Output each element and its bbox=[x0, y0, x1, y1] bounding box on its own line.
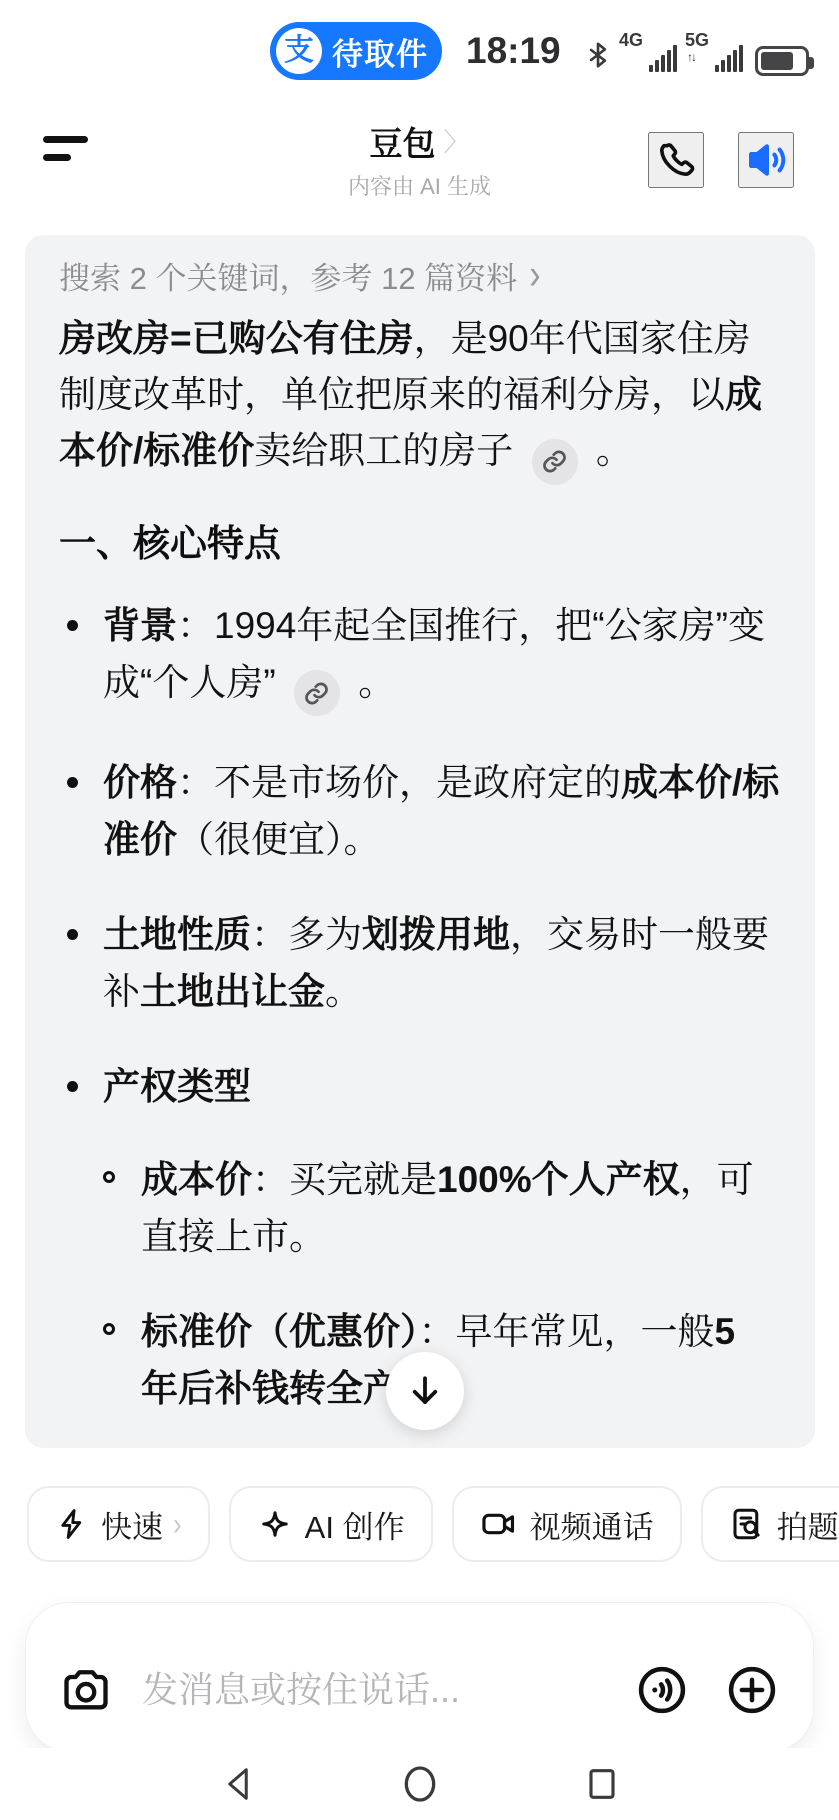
ai-disclaimer: 内容由 AI 生成 bbox=[0, 170, 839, 201]
nav-recents-button[interactable] bbox=[582, 1760, 622, 1808]
message-input-bar bbox=[25, 1602, 814, 1752]
text-segment: 100%个人产权 bbox=[437, 1159, 680, 1200]
text-segment: ：1994年起全国推行，把“公家房”变成“个人房” bbox=[103, 605, 765, 703]
read-aloud-button[interactable] bbox=[738, 132, 794, 188]
text-segment: 划拨用地 bbox=[362, 914, 510, 955]
bluetooth-icon bbox=[583, 34, 613, 76]
list-item: 价格：不是市场价，是政府定的成本价/标准价（很便宜）。 bbox=[59, 754, 781, 868]
text-segment: ：不是市场价，是政府定的 bbox=[177, 762, 621, 803]
list-item: 成本价：买完就是100%个人产权，可直接上市。 bbox=[59, 1151, 781, 1265]
text-segment: 背景 bbox=[103, 605, 177, 646]
text-segment: 。 bbox=[325, 971, 362, 1012]
text-segment: 。 bbox=[596, 430, 633, 471]
chevron-right-icon: 〉 bbox=[443, 122, 469, 159]
list-item: 产权类型 bbox=[59, 1058, 781, 1115]
list-item: 背景：1994年起全国推行，把“公家房”变成“个人房” 。 bbox=[59, 597, 781, 717]
scroll-to-bottom-button[interactable] bbox=[386, 1352, 464, 1430]
bullet-marker bbox=[67, 620, 78, 631]
doc-search-icon bbox=[729, 1506, 765, 1542]
citation-link-icon[interactable] bbox=[532, 439, 578, 485]
status-icons: 4G 5G ↑↓ bbox=[583, 26, 809, 76]
text-segment: （很便宜）。 bbox=[177, 819, 381, 860]
chevron-right-icon: › bbox=[529, 251, 540, 300]
list-item: 土地性质：多为划拨用地，交易时一般要补土地出让金。 bbox=[59, 906, 781, 1020]
text-segment: 土地出让金 bbox=[140, 971, 325, 1012]
nav-home-button[interactable] bbox=[400, 1760, 440, 1808]
camera-button[interactable] bbox=[60, 1664, 112, 1716]
circle-bullet-marker bbox=[103, 1171, 115, 1183]
section-heading: 一、核心特点 bbox=[59, 513, 781, 567]
video-call-label: 视频通话 bbox=[530, 1502, 654, 1547]
signal-4g-icon: 4G bbox=[619, 30, 677, 76]
back-triangle-icon bbox=[220, 1762, 256, 1806]
arrow-down-icon bbox=[406, 1372, 444, 1410]
text-segment: 。 bbox=[358, 662, 395, 703]
message-intro: 房改房=已购公有住房，是90年代国家住房制度改革时，单位把原来的福利分房，以成本… bbox=[59, 311, 781, 485]
text-segment: ：早年常见，一般 bbox=[419, 1311, 715, 1352]
text-segment: 标准价（优惠价） bbox=[141, 1311, 419, 1352]
text-segment: 土地性质 bbox=[103, 914, 251, 955]
photo-solve-label: 拍题答疑 bbox=[777, 1502, 839, 1547]
text-segment: ：多为 bbox=[251, 914, 362, 955]
notification-label: 待取件 bbox=[332, 29, 428, 74]
signal-5g-icon: 5G ↑↓ bbox=[685, 30, 743, 76]
citation-link-icon[interactable] bbox=[294, 670, 340, 716]
bullet-marker bbox=[67, 929, 78, 940]
sparkle-icon bbox=[257, 1506, 293, 1542]
bullet-marker bbox=[67, 777, 78, 788]
message-input[interactable] bbox=[142, 1669, 615, 1711]
chat-title: 豆包 bbox=[369, 118, 435, 165]
speaker-icon bbox=[742, 136, 790, 184]
photo-solve-button[interactable]: 拍题答疑 bbox=[701, 1486, 839, 1562]
text-segment: 房改房=已购公有住房 bbox=[59, 318, 414, 359]
lightning-icon bbox=[55, 1507, 89, 1541]
app-header: 豆包 〉 内容由 AI 生成 bbox=[0, 104, 839, 204]
text-segment: 成本价 bbox=[141, 1159, 252, 1200]
nav-back-button[interactable] bbox=[218, 1760, 258, 1808]
ai-message-card: 搜索 2 个关键词，参考 12 篇资料 › 房改房=已购公有住房，是90年代国家… bbox=[25, 235, 815, 1448]
camera-icon bbox=[60, 1664, 112, 1716]
voice-wave-icon bbox=[635, 1663, 689, 1717]
quick-mode-button[interactable]: 快速 › bbox=[27, 1486, 210, 1562]
voice-wave-button[interactable] bbox=[635, 1663, 689, 1717]
alipay-logo: 支 bbox=[276, 28, 322, 74]
sources-summary[interactable]: 搜索 2 个关键词，参考 12 篇资料 › bbox=[59, 253, 781, 297]
clock: 18:19 bbox=[466, 30, 561, 72]
battery-icon bbox=[755, 46, 809, 76]
ai-create-label: AI 创作 bbox=[305, 1502, 405, 1547]
alipay-notification-pill[interactable]: 支 待取件 bbox=[270, 22, 442, 80]
text-segment: ：买完就是 bbox=[252, 1159, 437, 1200]
chat-title-row[interactable]: 豆包 〉 bbox=[369, 118, 469, 165]
video-call-button[interactable]: 视频通话 bbox=[452, 1486, 682, 1562]
chevron-right-icon: › bbox=[173, 1505, 182, 1542]
quick-mode-label: 快速 bbox=[101, 1502, 163, 1547]
bullet-list: 背景：1994年起全国推行，把“公家房”变成“个人房” 。 价格：不是市场价，是… bbox=[59, 597, 781, 1116]
add-button[interactable] bbox=[725, 1663, 779, 1717]
circle-bullet-marker bbox=[103, 1323, 115, 1335]
plus-icon bbox=[725, 1663, 779, 1717]
status-bar: 支 待取件 18:19 4G 5G ↑↓ bbox=[0, 16, 839, 86]
system-navbar bbox=[0, 1748, 839, 1820]
bullet-marker bbox=[67, 1081, 78, 1092]
voice-call-button[interactable] bbox=[648, 132, 704, 188]
ai-create-button[interactable]: AI 创作 bbox=[229, 1486, 433, 1562]
sources-text: 搜索 2 个关键词，参考 12 篇资料 bbox=[59, 253, 517, 298]
recents-square-icon bbox=[583, 1762, 621, 1806]
alipay-logo-glyph: 支 bbox=[284, 36, 314, 66]
phone-icon bbox=[655, 139, 697, 181]
home-circle-icon bbox=[400, 1760, 440, 1808]
text-segment: 产权类型 bbox=[103, 1066, 251, 1107]
text-segment: 价格 bbox=[103, 762, 177, 803]
video-camera-icon bbox=[480, 1505, 518, 1543]
text-segment: 卖给职工的房子 bbox=[254, 430, 513, 471]
quick-actions-toolbar: 快速 › AI 创作 视频通话 拍题答疑 bbox=[0, 1486, 839, 1564]
